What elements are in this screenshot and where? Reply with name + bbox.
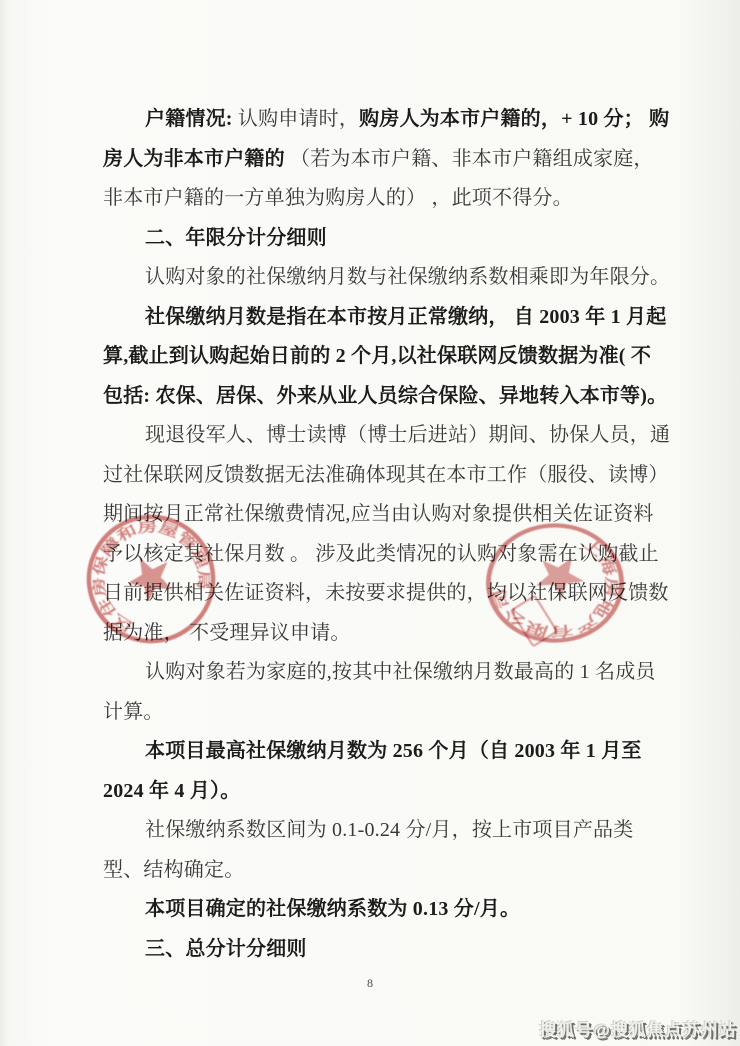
scanned-document-page: 户籍情况: 认购申请时，购房人为本市户籍的，+ 10 分； 购房人为非本市户籍的… — [0, 0, 740, 1046]
text-line: 过社保联网反馈数据无法准确体现其在本市工作（服役、读博） — [103, 456, 633, 496]
text-line: 本项目最高社保缴纳月数为 256 个月（自 2003 年 1 月至 — [103, 732, 633, 772]
text-line: 日前提供相关佐证资料，未按要求提供的，均以社保联网反馈数 — [103, 574, 633, 614]
text-line: 计算。 — [103, 693, 633, 733]
text-segment: 期间按月正常社保缴费情况,应当由认购对象提供相关佐证资料 — [103, 503, 654, 525]
page-number: 8 — [0, 976, 740, 991]
text-line: 社保缴纳月数是指在本市按月正常缴纳， 自 2003 年 1 月起 — [103, 298, 633, 338]
text-line: 三、总分计分细则 — [103, 930, 633, 970]
text-segment: 认购对象的社保缴纳月数与社保缴纳系数相乘即为年限分。 — [145, 266, 670, 288]
document-body-text: 户籍情况: 认购申请时，购房人为本市户籍的，+ 10 分； 购房人为非本市户籍的… — [103, 100, 633, 969]
text-segment: （若为本市户籍、非本市户籍组成家庭， — [285, 148, 654, 170]
text-segment: 认购对象若为家庭的,按其中社保缴纳月数最高的 1 名成员 — [145, 661, 656, 683]
text-line: 现退役军人、博士读博（博士后进站）期间、协保人员，通 — [103, 416, 633, 456]
text-segment-bold: 算,截止到认购起始日前的 2 个月,以社保联网反馈数据为准( 不 — [103, 345, 651, 367]
text-segment-bold: 购房人为本市户籍的，+ 10 分； 购 — [359, 108, 669, 130]
text-segment: 现退役军人、博士读博（博士后进站）期间、协保人员，通 — [145, 424, 670, 446]
text-segment: 型、结构确定。 — [103, 859, 244, 881]
text-segment: 认购申请时， — [233, 108, 359, 130]
text-line: 本项目确定的社保缴纳系数为 0.13 分/月。 — [103, 890, 633, 930]
text-segment: 计算。 — [103, 701, 164, 723]
text-segment-bold: 本项目确定的社保缴纳系数为 0.13 分/月。 — [145, 898, 520, 920]
text-line: 社保缴纳系数区间为 0.1-0.24 分/月，按上市项目产品类 — [103, 811, 633, 851]
text-segment-bold: 户籍情况: — [145, 108, 233, 130]
text-line: 予以核定其社保月数 。 涉及此类情况的认购对象需在认购截止 — [103, 535, 633, 575]
text-line: 房人为非本市户籍的 （若为本市户籍、非本市户籍组成家庭， — [103, 140, 633, 180]
text-line: 二、年限分计分细则 — [103, 219, 633, 259]
text-segment-bold: 房人为非本市户籍的 — [103, 148, 285, 170]
watermark-sohu: 搜狐号@搜狐焦点苏州站 — [539, 1016, 737, 1041]
text-line: 认购对象若为家庭的,按其中社保缴纳月数最高的 1 名成员 — [103, 653, 633, 693]
text-line: 包括: 农保、居保、外来从业人员综合保险、异地转入本市等)。 — [103, 377, 633, 417]
text-line: 型、结构确定。 — [103, 851, 633, 891]
text-line: 户籍情况: 认购申请时，购房人为本市户籍的，+ 10 分； 购 — [103, 100, 633, 140]
text-segment: 据为准， 不受理异议申请。 — [103, 622, 351, 644]
text-segment-bold: 本项目最高社保缴纳月数为 256 个月（自 2003 年 1 月至 — [145, 740, 642, 762]
text-line: 期间按月正常社保缴费情况,应当由认购对象提供相关佐证资料 — [103, 495, 633, 535]
text-segment: 非本市户籍的一方单独为购房人的） ，此项不得分。 — [103, 187, 573, 209]
text-segment-bold: 二、年限分计分细则 — [145, 227, 327, 249]
text-line: 算,截止到认购起始日前的 2 个月,以社保联网反馈数据为准( 不 — [103, 337, 633, 377]
text-segment-bold: 三、总分计分细则 — [145, 938, 307, 960]
text-segment: 日前提供相关佐证资料，未按要求提供的，均以社保联网反馈数 — [103, 582, 669, 604]
text-segment-bold: 社保缴纳月数是指在本市按月正常缴纳， 自 2003 年 1 月起 — [145, 306, 666, 328]
text-line: 2024 年 4 月）。 — [103, 772, 633, 812]
text-segment: 过社保联网反馈数据无法准确体现其在本市工作（服役、读博） — [103, 464, 669, 486]
text-line: 非本市户籍的一方单独为购房人的） ，此项不得分。 — [103, 179, 633, 219]
text-line: 认购对象的社保缴纳月数与社保缴纳系数相乘即为年限分。 — [103, 258, 633, 298]
text-segment-bold: 包括: 农保、居保、外来从业人员综合保险、异地转入本市等)。 — [103, 385, 667, 407]
text-segment: 予以核定其社保月数 。 涉及此类情况的认购对象需在认购截止 — [103, 543, 659, 565]
text-segment-bold: 2024 年 4 月）。 — [103, 780, 240, 802]
text-segment: 社保缴纳系数区间为 0.1-0.24 分/月，按上市项目产品类 — [145, 819, 633, 841]
